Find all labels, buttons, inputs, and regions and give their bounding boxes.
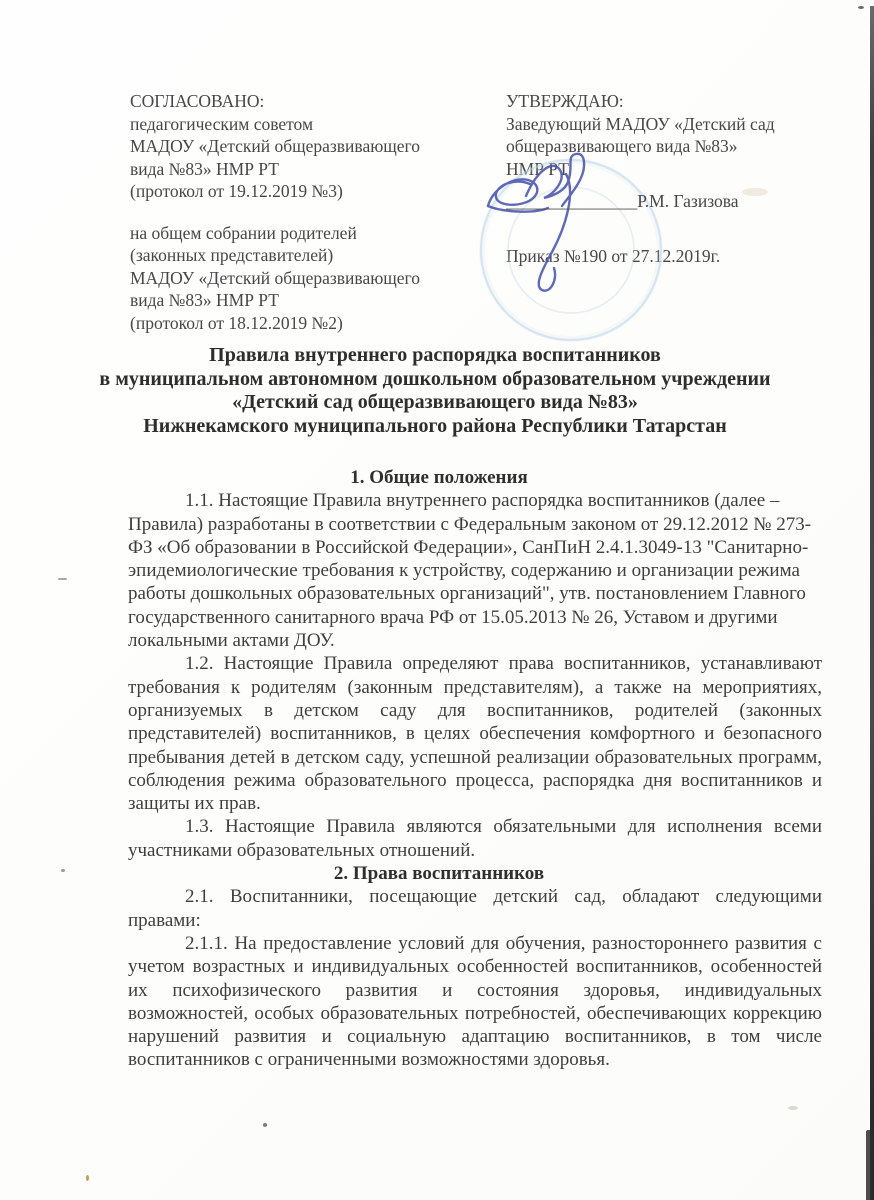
scan-speck: [858, 6, 864, 9]
paragraph-1-1: 1.1. Настоящие Правила внутреннего распо…: [128, 489, 822, 652]
agreed-council-line: МАДОУ «Детский общеразвивающего: [130, 135, 500, 158]
section-heading-1: 1. Общие положения: [128, 466, 822, 489]
scan-speck: [86, 1175, 89, 1181]
approved-line: Заведующий МАДОУ «Детский сад: [506, 113, 836, 136]
approved-block: УТВЕРЖДАЮ: Заведующий МАДОУ «Детский сад…: [506, 90, 836, 267]
agreed-parents-line: на общем собрании родителей: [130, 222, 500, 245]
scan-edge-shadow: [870, 6, 874, 1200]
scanned-document-page: СОГЛАСОВАНО: педагогическим советом МАДО…: [0, 0, 874, 1200]
approved-line: НМР РТ: [506, 158, 836, 181]
paragraph-2-1: 2.1. Воспитанники, посещающие детский са…: [128, 885, 822, 932]
document-body: 1. Общие положения 1.1. Настоящие Правил…: [128, 466, 822, 1072]
document-title-line: «Детский сад общеразвивающего вида №83»: [50, 391, 820, 415]
paragraph-2-1-1: 2.1.1. На предоставление условий для обу…: [128, 932, 822, 1072]
document-title-line: Нижнекамского муниципального района Респ…: [50, 415, 820, 439]
approved-title: УТВЕРЖДАЮ:: [506, 90, 836, 113]
document-title-line: в муниципальном автономном дошкольном об…: [50, 368, 820, 392]
agreed-council-line: педагогическим советом: [130, 113, 500, 136]
scan-smudge: [788, 1106, 798, 1110]
agreed-council-line: вида №83» НМР РТ: [130, 158, 500, 181]
signer-name: Р.М. Газизова: [637, 191, 738, 211]
agreed-parents-line: МАДОУ «Детский общеразвивающего: [130, 267, 500, 290]
scan-speck: [58, 578, 67, 580]
scan-smudge: [742, 188, 768, 196]
scan-edge-corner: [866, 1130, 873, 1200]
order-reference: Приказ №190 от 27.12.2019г.: [506, 245, 836, 268]
scan-speck: [61, 869, 65, 872]
document-title-line: Правила внутреннего распорядка воспитанн…: [50, 344, 820, 368]
approved-line: общеразвивающего вида №83»: [506, 135, 836, 158]
document-title: Правила внутреннего распорядка воспитанн…: [50, 344, 820, 438]
scan-speck: [263, 1123, 267, 1127]
block-gap: [130, 203, 500, 222]
agreed-block: СОГЛАСОВАНО: педагогическим советом МАДО…: [130, 90, 500, 334]
paragraph-1-3: 1.3. Настоящие Правила являются обязател…: [128, 815, 822, 862]
paragraph-1-2: 1.2. Настоящие Правила определяют права …: [128, 652, 822, 815]
agreed-council-line: (протокол от 19.12.2019 №3): [130, 180, 500, 203]
signature-row: _______________Р.М. Газизова: [506, 190, 836, 213]
section-heading-2: 2. Права воспитанников: [128, 862, 822, 885]
agreed-title: СОГЛАСОВАНО:: [130, 90, 500, 113]
agreed-parents-line: вида №83» НМР РТ: [130, 289, 500, 312]
agreed-parents-line: (протокол от 18.12.2019 №2): [130, 312, 500, 335]
agreed-parents-line: (законных представителей): [130, 244, 500, 267]
signature-line: _______________: [506, 191, 637, 211]
